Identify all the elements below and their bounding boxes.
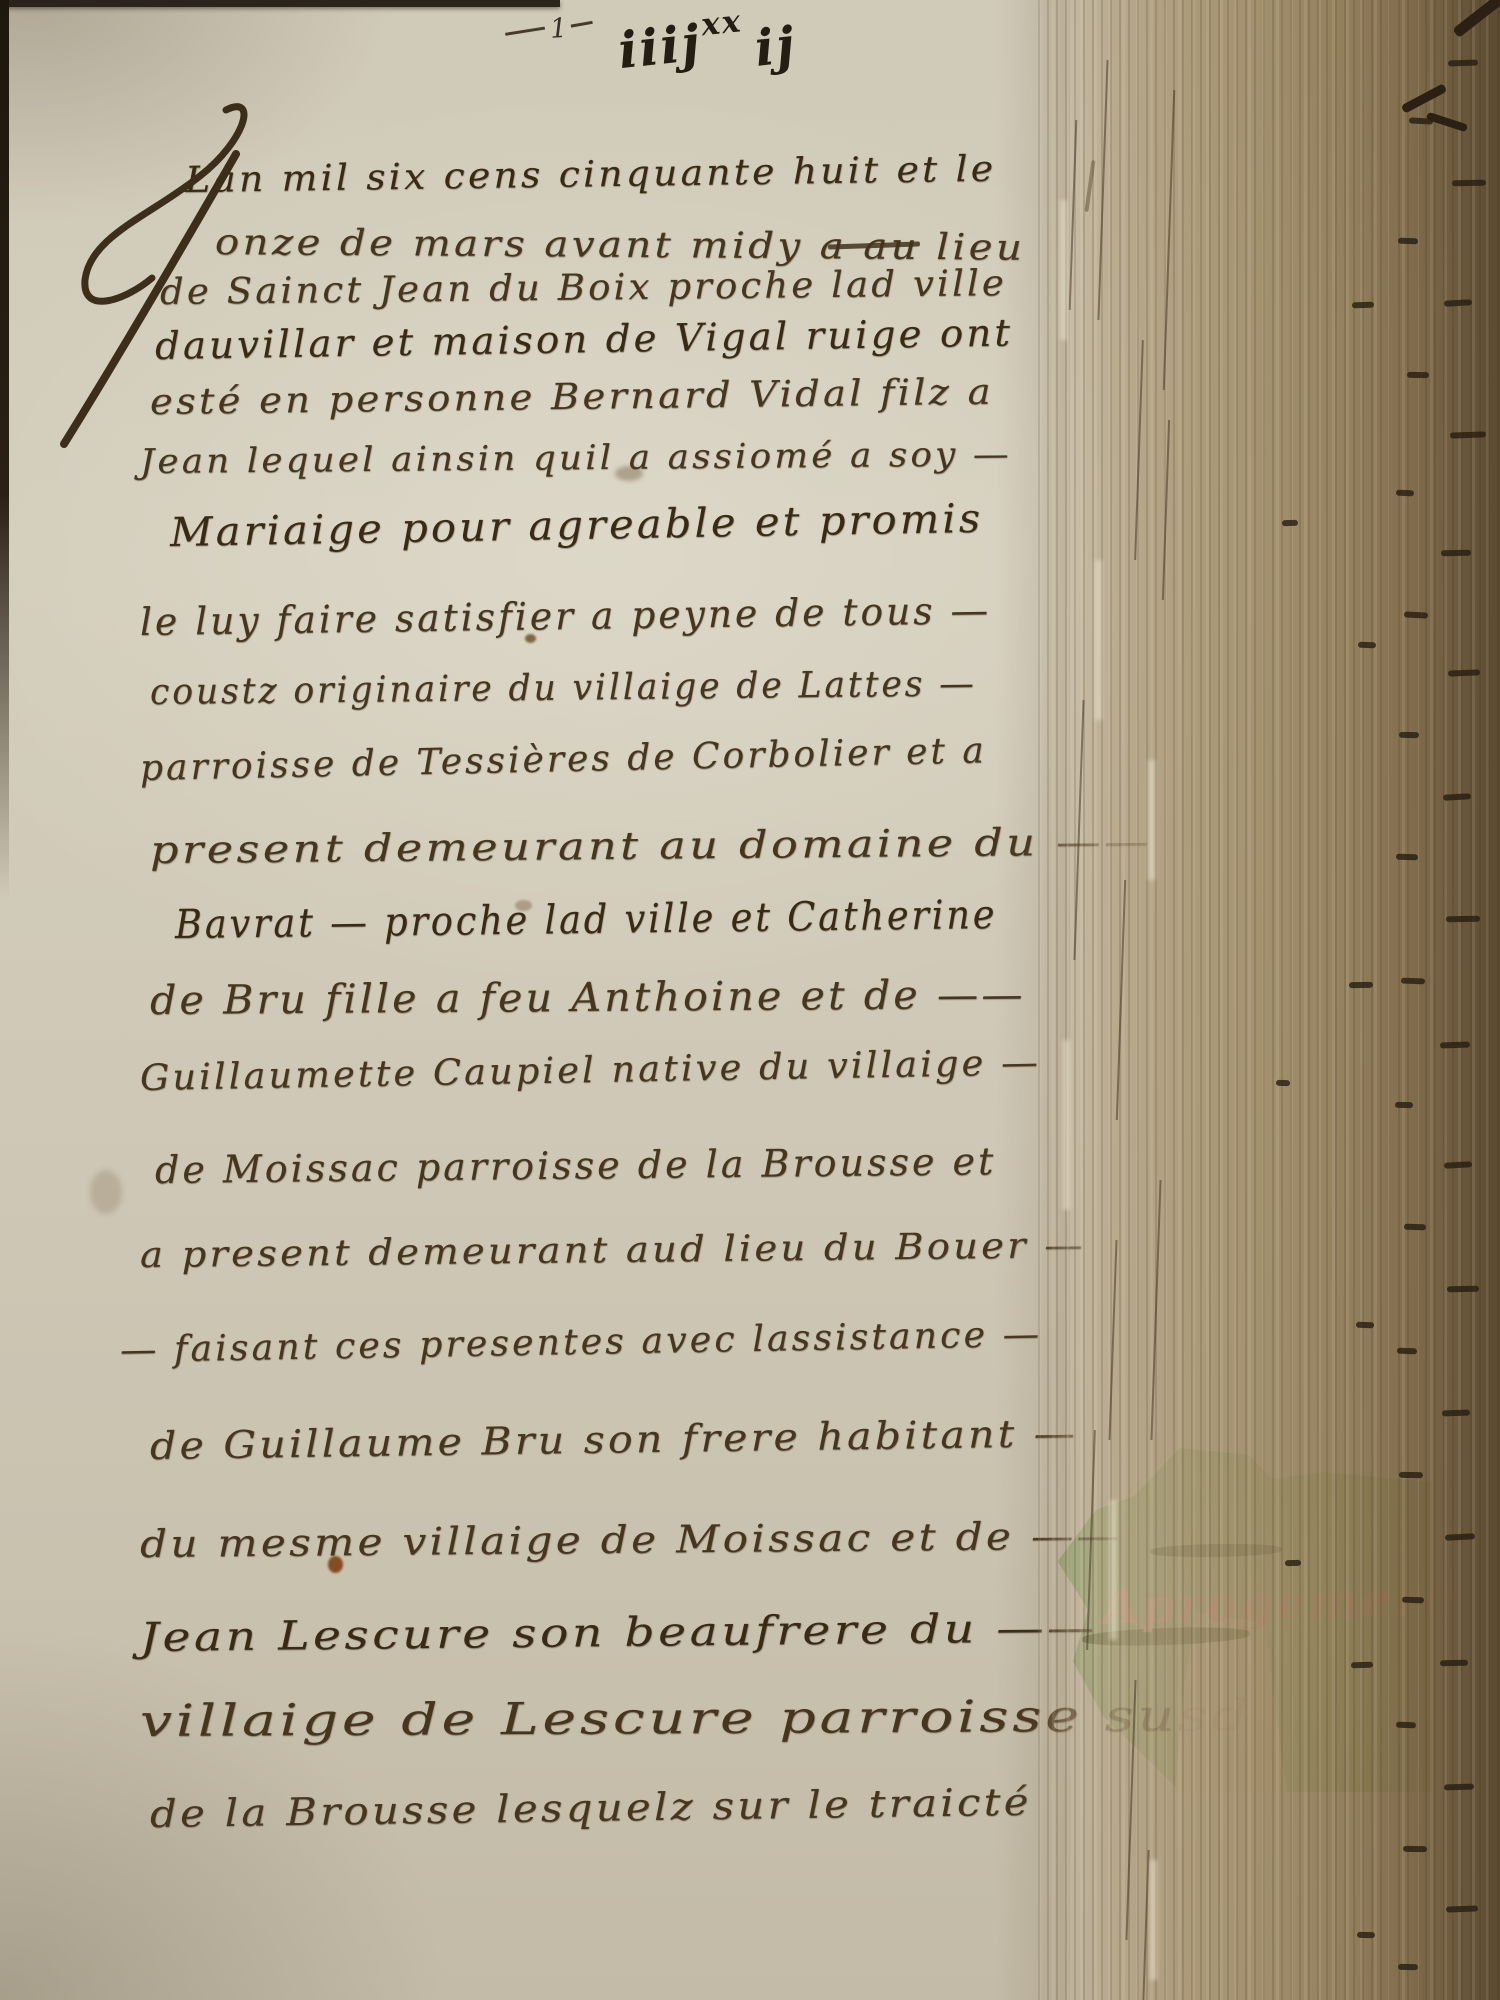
manuscript-line: Bavrat — proche lad ville et Catherine [175, 892, 998, 948]
page-edge-ink-dash [1442, 1410, 1470, 1417]
manuscript-line: le luy faire satisfier a peyne de tous — [140, 588, 992, 644]
page-edge-ink-dash [1447, 1286, 1479, 1293]
header-page-mark: 1 [504, 11, 594, 48]
page-edge-ink-dash [1440, 1041, 1470, 1048]
manuscript-line: a present demeurant aud lieu du Bouer — [140, 1225, 1086, 1276]
page-edge-ink-dash [1407, 372, 1429, 378]
page-edge-top [0, 0, 560, 7]
page-edge-ink-dash [1351, 1662, 1373, 1669]
page-edge-ink-dash [1396, 854, 1418, 861]
page-edge-ink-dash [1401, 978, 1425, 985]
page-edge-ink-dash [1352, 302, 1374, 309]
manuscript-line: Mariaige pour agreable et promis [170, 496, 984, 556]
manuscript-line: parroisse de Tessières de Corbolier et a [140, 730, 988, 789]
page-edge-ink-dash [1404, 1224, 1426, 1231]
page-edge-ink-dash [1396, 490, 1414, 497]
page-edge-ink-dash [1357, 1932, 1375, 1938]
manuscript-line: coustz originaire du villaige de Lattes … [150, 663, 977, 713]
paper-edge-highlight [1110, 1500, 1117, 1640]
page-edge-ink-dash [1403, 1846, 1427, 1852]
page-edge-ink-dash [1440, 1660, 1468, 1666]
initial-flourish [48, 92, 268, 462]
page-edge-ink-dash [1448, 59, 1478, 66]
manuscript-page-photo: 1 iiijxxij Lan mil six cens cinquante hu… [0, 0, 1500, 2000]
page-edge-ink-dash [1404, 611, 1428, 618]
page-edge-ink-dash [1358, 642, 1376, 649]
page-edge-ink-dash [1396, 1722, 1416, 1729]
manuscript-line: Lan mil six cens cinquante huit et le [185, 149, 997, 201]
paper-edge-highlight [1095, 560, 1102, 720]
page-edge-ink-dash [1402, 1597, 1424, 1604]
folio-base: iiij [615, 13, 704, 80]
page-edge-ink-dash [1276, 1080, 1290, 1086]
page-edge-ink-dash [1446, 1905, 1478, 1912]
page-edge-ink-dash [1399, 1472, 1423, 1478]
manuscript-line: de Bru fille a feu Anthoine et de —— [150, 972, 1026, 1024]
page-edge-ink-dash [1448, 669, 1480, 676]
page-edge-ink-dash [1399, 732, 1419, 738]
paper-edge-highlight [1150, 1860, 1157, 1980]
manuscript-line: dauvillar et maison de Vigal ruige ont [155, 311, 1014, 368]
page-edge-ink-dash [1349, 982, 1373, 988]
page-edge-ink-dash [1356, 1322, 1374, 1329]
page-edge-ink-dash [1398, 238, 1418, 245]
folio-tail: ij [752, 15, 799, 78]
page-edge-ink-dash [1395, 1102, 1413, 1108]
page-edge-left [0, 0, 9, 900]
page-edge-ink-dash [1450, 431, 1486, 438]
manuscript-line: Jean Lescure son beaufrere du —— [140, 1605, 1098, 1661]
manuscript-line: de la Brousse lesquelz sur le traicté [150, 1780, 1032, 1836]
page-edge-ink-dash [1397, 1348, 1417, 1355]
page-edge-ink-dash [1285, 1560, 1301, 1566]
manuscript-line: Jean lequel ainsin quil a assiomé a soy … [140, 434, 1012, 482]
manuscript-line: de Sainct Jean du Boix proche lad ville [160, 263, 1007, 313]
paper-edge-highlight [1148, 760, 1155, 880]
page-edge-ink-dash [1444, 1783, 1474, 1790]
manuscript-line: Guillaumette Caupiel native du villaige … [140, 1042, 1042, 1099]
folio-superscript: xx [699, 3, 744, 43]
binding-edge [1038, 0, 1500, 2000]
manuscript-line: de Moissac parroisse de la Brousse et [155, 1139, 997, 1192]
page-edge-ink-dash [1282, 520, 1298, 527]
page-edge-ink-dash [1441, 550, 1471, 557]
manuscript-line: du mesme villaige de Moissac et de —— [140, 1513, 1122, 1566]
paper-edge-highlight [1060, 200, 1067, 340]
page-edge-ink-dash [1452, 180, 1486, 187]
manuscript-line: esté en personne Bernard Vidal filz a [150, 372, 994, 423]
manuscript-line: — faisant ces presentes avec lassistance… [120, 1314, 1043, 1371]
header-folio-number: iiijxxij [615, 3, 797, 80]
paper-edge-highlight [1063, 1040, 1070, 1210]
manuscript-line: de Guillaume Bru son frere habitant — [150, 1411, 1079, 1468]
blotch [90, 1170, 122, 1214]
page-edge-ink-dash [1398, 1964, 1418, 1970]
page-edge-ink-dash [1446, 916, 1480, 923]
